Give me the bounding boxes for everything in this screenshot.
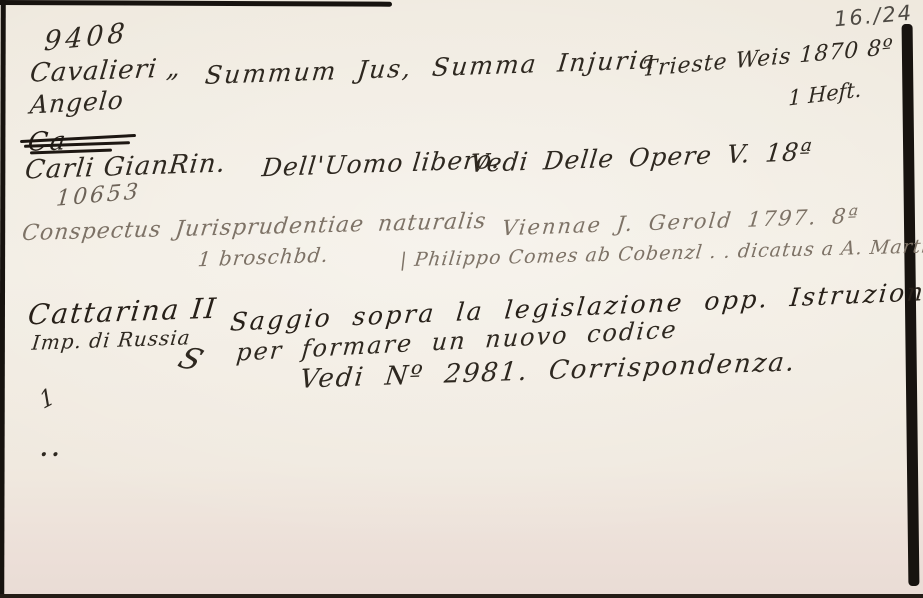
- entry-cattarina-author-epithet: Imp. di Russia: [31, 327, 192, 353]
- entry-carli-author: Carli GianRin.: [24, 150, 228, 183]
- catalog-page: 16./24 9408 Cavalieri „ Angelo Summum Ju…: [0, 0, 923, 598]
- entry-cavalieri-extent: 1 Heft.: [788, 79, 861, 109]
- scan-edge-top: [0, 0, 392, 7]
- entry-cavalieri-author: Cavalieri „: [29, 55, 183, 86]
- entry-carli-title: Dell'Uomo libero.: [261, 147, 502, 180]
- entry-conspectus-title: Conspectus Jurisprudentiae naturalis: [21, 211, 488, 245]
- margin-stroke-mark: 1: [37, 385, 58, 414]
- margin-dots-mark: ..: [40, 438, 63, 460]
- entry-cattarina-author: Cattarina II: [27, 295, 219, 330]
- scan-edge-left: [0, 0, 6, 598]
- entry-conspectus-imprint: Viennae J. Gerold 1797. 8ª: [501, 206, 861, 240]
- entry-cavalieri-shelf-number: 9408: [43, 19, 129, 55]
- entry-cavalieri-imprint: Trieste Weis 1870 8º: [642, 37, 894, 81]
- entry-conspectus-dedication: | Philippo Comes ab Cobenzl . . dicatus …: [399, 237, 923, 271]
- entry-carli-reference: Vedi Delle Opere V. 18ª: [469, 139, 814, 176]
- entry-carli-shelf-number: 10653: [55, 181, 142, 211]
- entry-conspectus-extent: 1 broschbd.: [197, 245, 330, 270]
- entry-cavalieri-author-forename: Angelo: [29, 87, 125, 117]
- scan-edge-bottom: [0, 594, 923, 598]
- entry-cavalieri-title: Summum Jus, Summa Injuria: [204, 47, 658, 88]
